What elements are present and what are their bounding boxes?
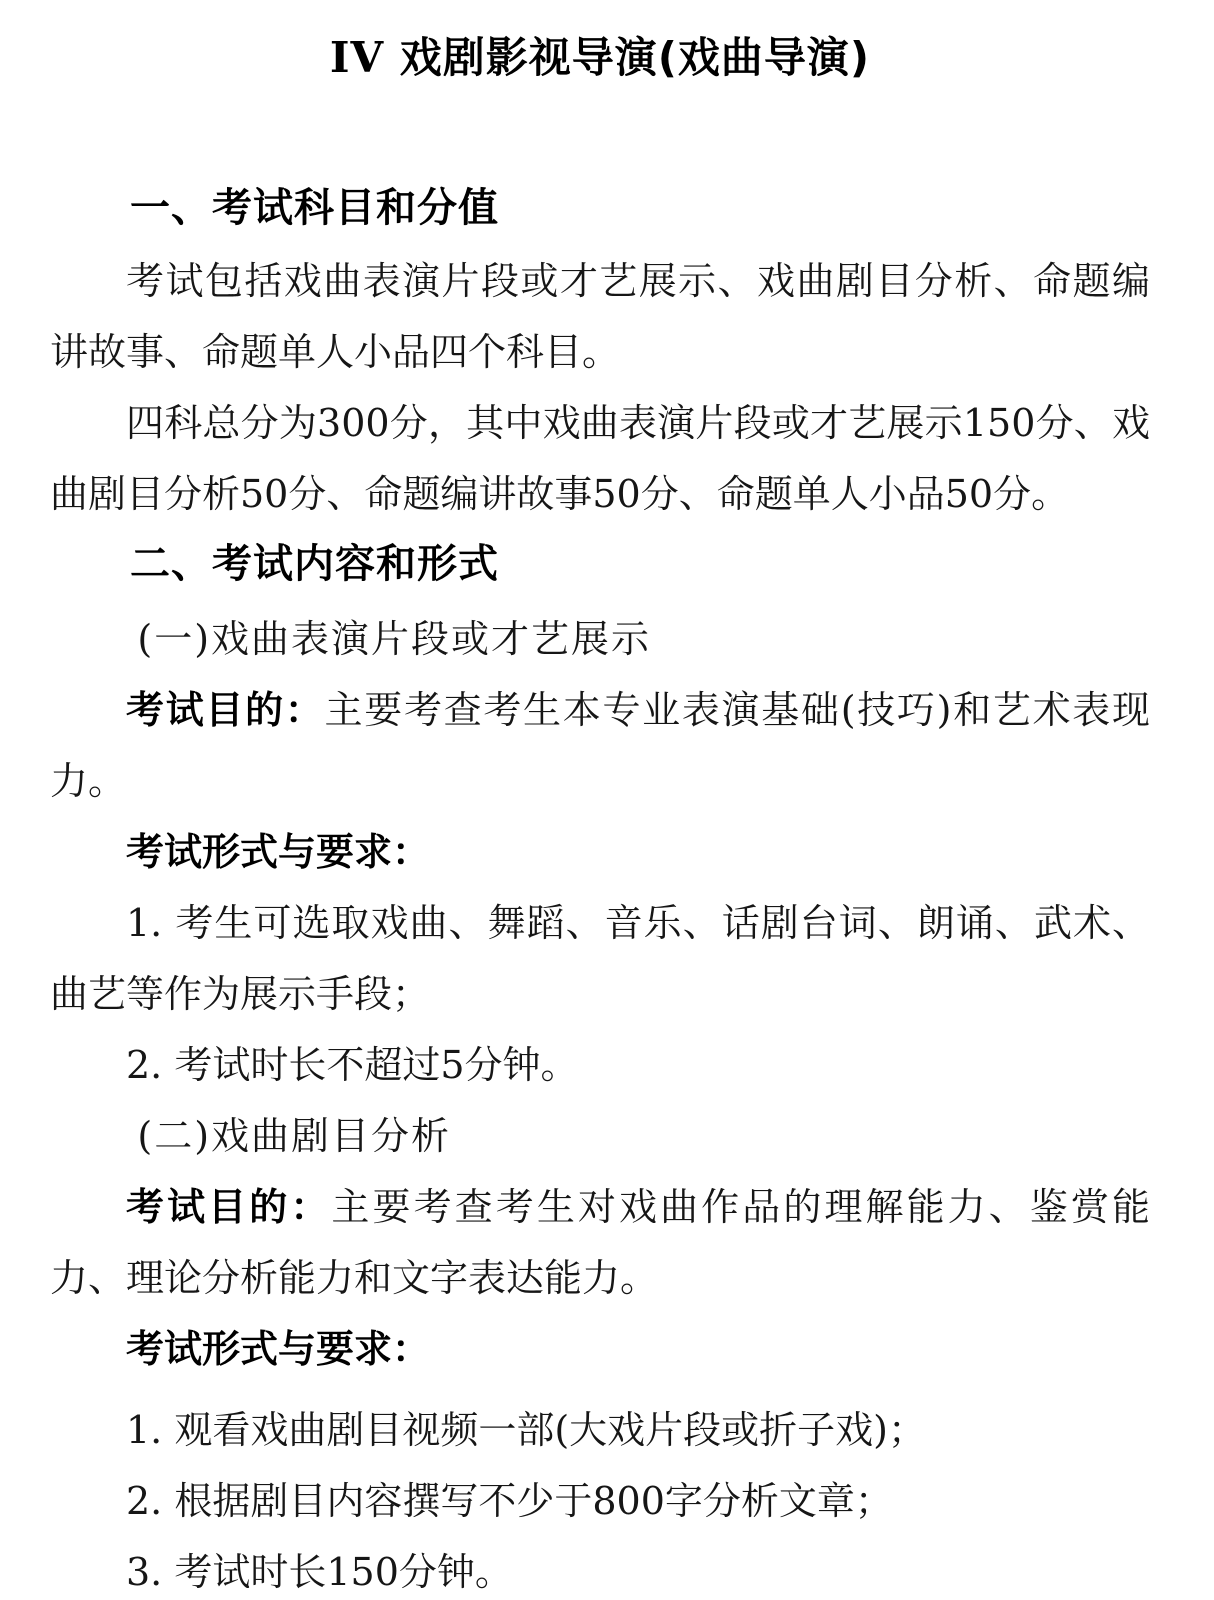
section-1-paragraph-scores: 四科总分为300分，其中戏曲表演片段或才艺展示150分、戏曲剧目分析50分、命题… <box>50 388 1150 530</box>
subsection-1-purpose: 考试目的：主要考查考生本专业表演基础(技巧)和艺术表现力。 <box>50 675 1150 817</box>
section-1-heading: 一、考试科目和分值 <box>50 182 1150 234</box>
format-requirements-label-2: 考试形式与要求： <box>50 1314 1150 1385</box>
format-requirements-label-1: 考试形式与要求： <box>50 817 1150 888</box>
purpose-label-2: 考试目的： <box>126 1185 331 1229</box>
subsection-1-heading: (一)戏曲表演片段或才艺展示 <box>50 604 1150 675</box>
subsection-1-item-1: 1. 考生可选取戏曲、舞蹈、音乐、话剧台词、朗诵、武术、曲艺等作为展示手段； <box>50 888 1150 1030</box>
subsection-2-heading: (二)戏曲剧目分析 <box>50 1101 1150 1172</box>
document-page: IV 戏剧影视导演(戏曲导演) 一、考试科目和分值 考试包括戏曲表演片段或才艺展… <box>0 0 1214 1600</box>
section-2-heading: 二、考试内容和形式 <box>50 538 1150 590</box>
purpose-label-1: 考试目的： <box>126 688 325 732</box>
subsection-2-purpose: 考试目的：主要考查考生对戏曲作品的理解能力、鉴赏能力、理论分析能力和文字表达能力… <box>50 1172 1150 1314</box>
subsection-1-item-2: 2. 考试时长不超过5分钟。 <box>50 1030 1150 1101</box>
title-text: 戏剧影视导演(戏曲导演) <box>384 33 870 82</box>
section-1-paragraph-subjects: 考试包括戏曲表演片段或才艺展示、戏曲剧目分析、命题编讲故事、命题单人小品四个科目… <box>50 246 1150 388</box>
subsection-2-item-3: 3. 考试时长150分钟。 <box>50 1537 1150 1600</box>
subsection-2-item-2: 2. 根据剧目内容撰写不少于800字分析文章； <box>50 1466 1150 1537</box>
title-roman-numeral: IV <box>330 33 384 82</box>
document-title: IV 戏剧影视导演(戏曲导演) <box>50 30 1150 86</box>
subsection-2-item-1: 1. 观看戏曲剧目视频一部(大戏片段或折子戏)； <box>50 1395 1150 1466</box>
